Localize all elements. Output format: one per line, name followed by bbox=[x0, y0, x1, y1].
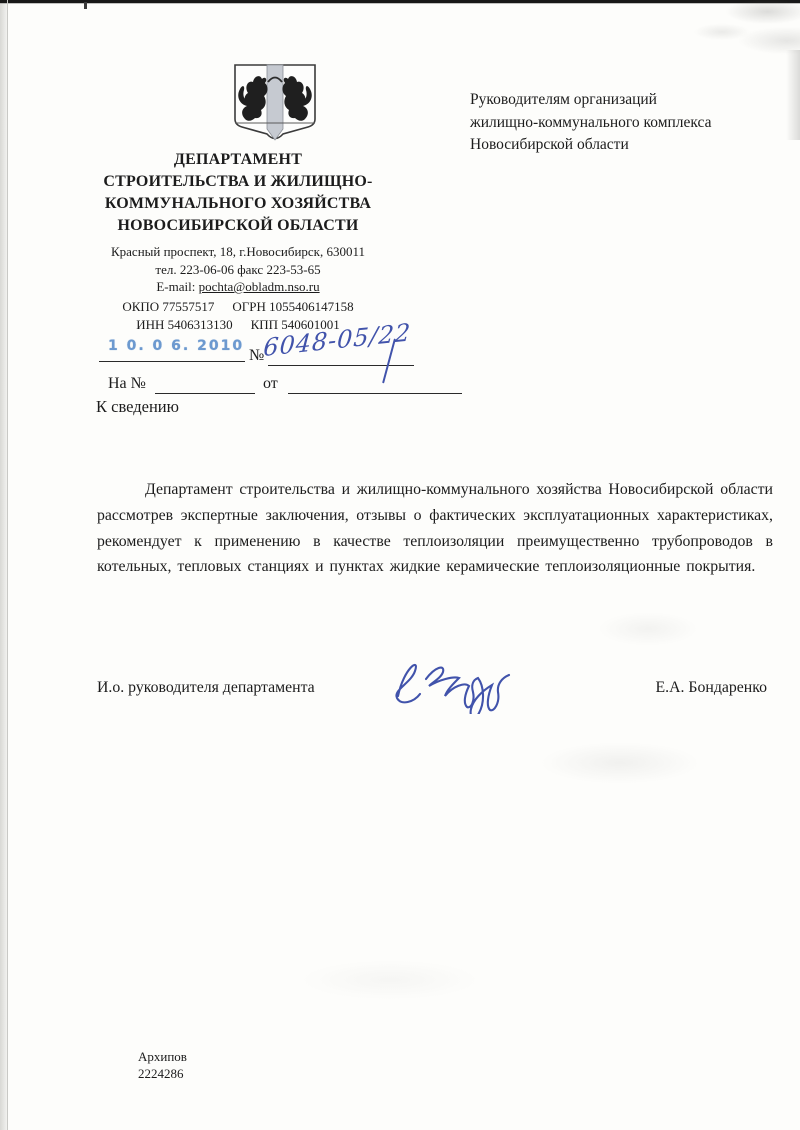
scan-stain bbox=[540, 742, 700, 784]
scan-notch bbox=[84, 2, 87, 9]
signer-name: Е.А. Бондаренко bbox=[655, 679, 767, 697]
recipient-block: Руководителям организаций жилищно-коммун… bbox=[470, 89, 780, 157]
org-name-line: КОММУНАЛЬНОГО ХОЗЯЙСТВА bbox=[92, 193, 384, 215]
recipient-line: жилищно-коммунального комплекса bbox=[470, 112, 780, 135]
scan-smudge-top-right bbox=[670, 0, 800, 58]
ref-number-label: На № bbox=[108, 375, 146, 393]
coat-of-arms-novosibirsk-icon bbox=[229, 61, 321, 149]
ogrn-code: ОГРН 1055406147158 bbox=[232, 299, 353, 314]
org-name-block: ДЕПАРТАМЕНТ СТРОИТЕЛЬСТВА И ЖИЛИЩНО- КОМ… bbox=[92, 149, 384, 237]
handwritten-signature bbox=[382, 652, 522, 714]
org-address-block: Красный проспект, 18, г.Новосибирск, 630… bbox=[92, 243, 384, 296]
executor-block: Архипов 2224286 bbox=[138, 1048, 187, 1082]
ref-number-underline bbox=[155, 377, 255, 394]
org-name-line: ДЕПАРТАМЕНТ bbox=[92, 149, 384, 171]
org-phone-line: тел. 223-06-06 факс 223-53-65 bbox=[92, 261, 384, 279]
recipient-line: Руководителям организаций bbox=[470, 89, 780, 112]
scanned-letter-page: ДЕПАРТАМЕНТ СТРОИТЕЛЬСТВА И ЖИЛИЩНО- КОМ… bbox=[0, 0, 800, 1130]
scan-left-edge bbox=[7, 0, 8, 1130]
org-name-line: СТРОИТЕЛЬСТВА И ЖИЛИЩНО- bbox=[92, 171, 384, 193]
executor-name: Архипов bbox=[138, 1048, 187, 1065]
org-address-line: Красный проспект, 18, г.Новосибирск, 630… bbox=[92, 243, 384, 261]
org-name-line: НОВОСИБИРСКОЙ ОБЛАСТИ bbox=[92, 215, 384, 237]
scan-smudge-right bbox=[786, 50, 800, 140]
email-label: E-mail: bbox=[156, 279, 195, 294]
letter-body-paragraph: Департамент строительства и жилищно-комм… bbox=[97, 477, 773, 580]
org-email-line: E-mail: pochta@obladm.nso.ru bbox=[92, 278, 384, 296]
scan-stain bbox=[598, 612, 698, 646]
executor-phone: 2224286 bbox=[138, 1065, 187, 1082]
ref-from-underline bbox=[288, 377, 462, 394]
date-underline bbox=[99, 345, 245, 362]
email-address: pochta@obladm.nso.ru bbox=[199, 279, 320, 294]
scan-left-shadow bbox=[0, 0, 7, 1130]
scan-stain bbox=[300, 960, 480, 1000]
okpo-code: ОКПО 77557517 bbox=[122, 299, 214, 314]
org-codes-line1: ОКПО 77557517ОГРН 1055406147158 bbox=[92, 298, 384, 316]
attention-note: К сведению bbox=[96, 397, 179, 417]
ref-from-label: от bbox=[263, 375, 278, 393]
inn-code: ИНН 5406313130 bbox=[136, 317, 232, 332]
signer-position-title: И.о. руководителя департамента bbox=[97, 679, 315, 697]
recipient-line: Новосибирской области bbox=[470, 134, 780, 157]
